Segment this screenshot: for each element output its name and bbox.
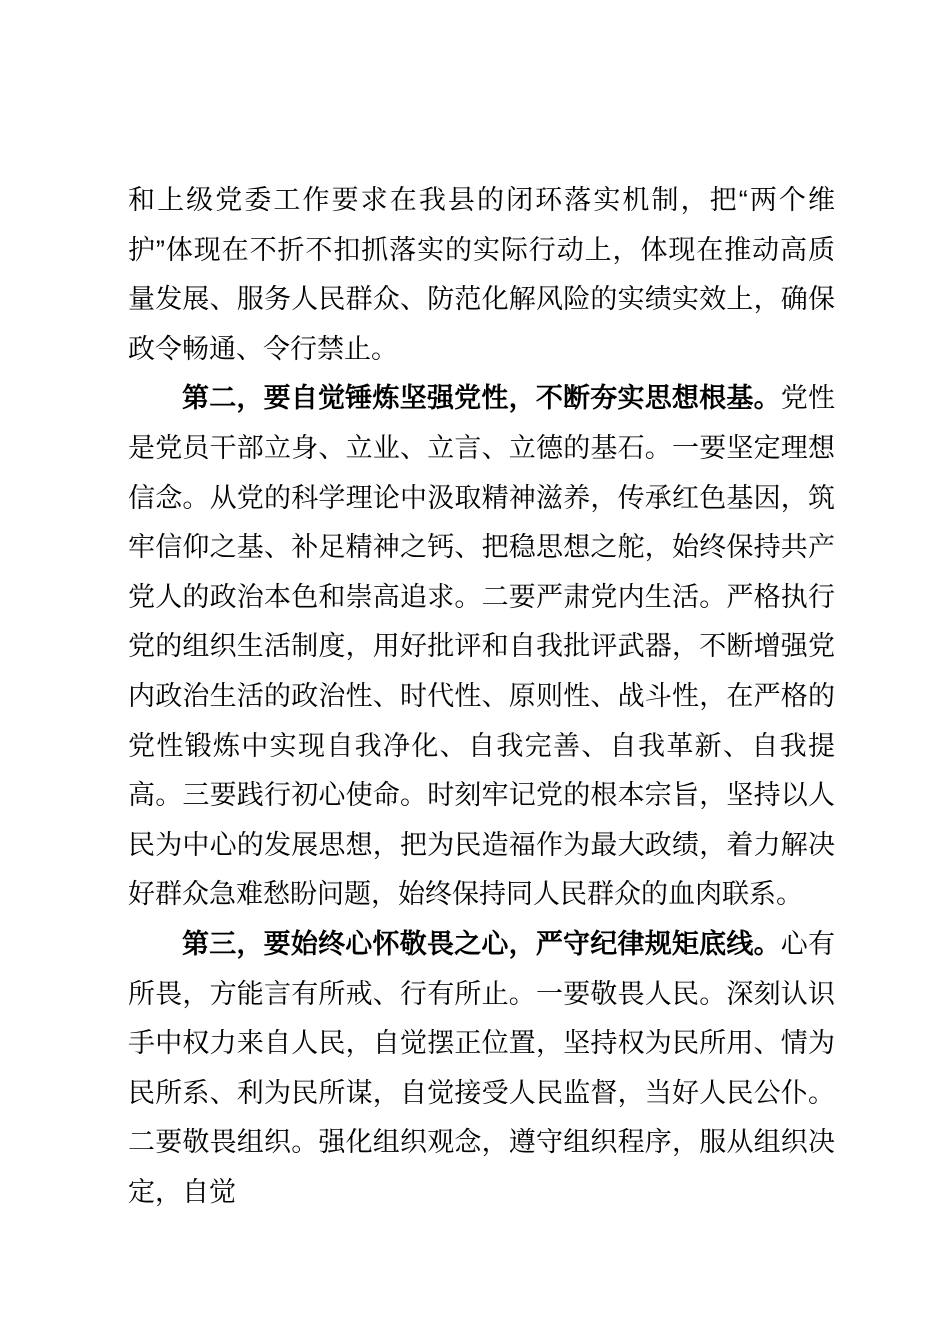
paragraph-heading-run: 第三，要始终心怀敬畏之心，严守纪律规矩底线。 xyxy=(182,929,781,959)
paragraph: 第三，要始终心怀敬畏之心，严守纪律规矩底线。心有所畏，方能言有所戒、行有所止。一… xyxy=(128,920,835,1218)
paragraph: 和上级党委工作要求在我县的闭环落实机制，把“两个维护”体现在不折不扣抓落实的实际… xyxy=(128,176,835,374)
paragraph: 第二，要自觉锤炼坚强党性，不断夯实思想根基。党性是党员干部立身、立业、立言、立德… xyxy=(128,374,835,920)
document-page: 和上级党委工作要求在我县的闭环落实机制，把“两个维护”体现在不折不扣抓落实的实际… xyxy=(0,0,950,1344)
document-body: 和上级党委工作要求在我县的闭环落实机制，把“两个维护”体现在不折不扣抓落实的实际… xyxy=(128,176,835,1217)
paragraph-text-run: 心有所畏，方能言有所戒、行有所止。一要敬畏人民。深刻认识手中权力来自人民，自觉摆… xyxy=(128,929,835,1207)
paragraph-text-run: 党性是党员干部立身、立业、立言、立德的基石。一要坚定理想信念。从党的科学理论中汲… xyxy=(128,383,835,909)
paragraph-heading-run: 第二，要自觉锤炼坚强党性，不断夯实思想根基。 xyxy=(182,383,781,413)
paragraph-text-run: 和上级党委工作要求在我县的闭环落实机制，把“两个维护”体现在不折不扣抓落实的实际… xyxy=(128,185,835,364)
